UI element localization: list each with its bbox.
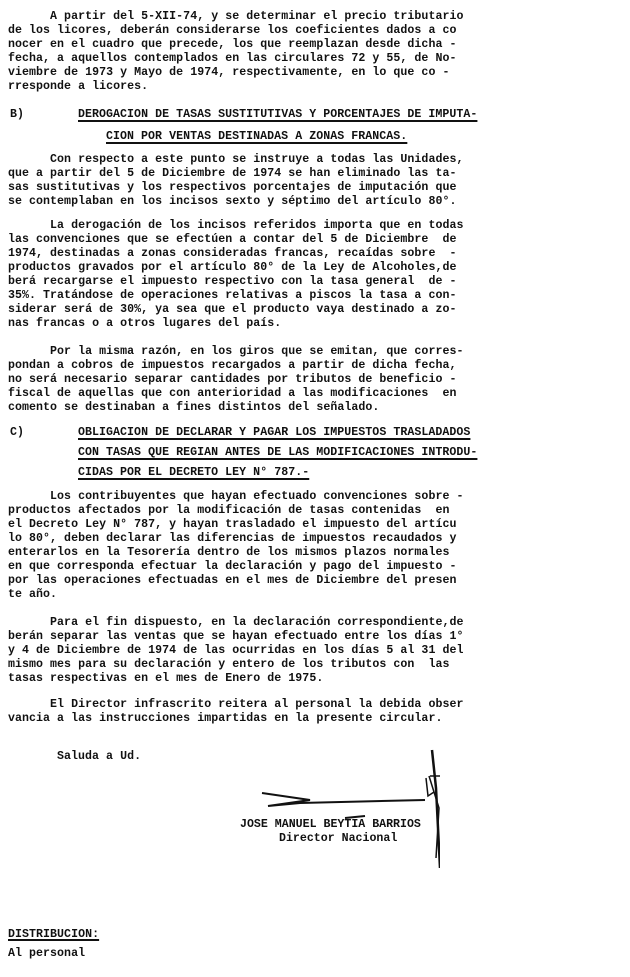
text-line: El Director infrascrito reitera al perso… [8,698,463,711]
section-heading: OBLIGACION DE DECLARAR Y PAGAR LOS IMPUE… [78,426,470,439]
text-line: no será necesario separar cantidades por… [8,373,456,386]
text-line: 35%. Tratándose de operaciones relativas… [8,289,456,302]
text-line: comento se destinaban a fines distintos … [8,401,379,414]
text-line: pondan a cobros de impuestos recargados … [8,359,456,372]
text-line: A partir del 5-XII-74, y se determinar e… [8,10,463,23]
text-line: Los contribuyentes que hayan efectuado c… [8,490,463,503]
text-line: fecha, a aquellos contemplados en las ci… [8,52,456,65]
section-heading: CION POR VENTAS DESTINADAS A ZONAS FRANC… [106,130,407,143]
section-heading: CON TASAS QUE REGIAN ANTES DE LAS MODIFI… [78,446,477,459]
text-line: fiscal de aquellas que con anterioridad … [8,387,456,400]
section-label: B) [10,108,24,121]
text-line: y 4 de Diciembre de 1974 de las ocurrida… [8,644,463,657]
distribution-item: Al personal [8,947,85,960]
text-line: mismo mes para su declaración y entero d… [8,658,449,671]
text-line: berán separar las ventas que se hayan ef… [8,630,463,643]
text-line: por las operaciones efectuadas en el mes… [8,574,456,587]
text-line: de los licores, deberán considerarse los… [8,24,456,37]
section-label: C) [10,426,24,439]
text-line: viembre de 1973 y Mayo de 1974, respecti… [8,66,449,79]
text-line: 1974, destinadas a zonas consideradas fr… [8,247,456,260]
text-line: que a partir del 5 de Diciembre de 1974 … [8,167,456,180]
text-line: tasas respectivas en el mes de Enero de … [8,672,323,685]
text-line: productos gravados por el artículo 80° d… [8,261,456,274]
text-line: Con respecto a este punto se instruye a … [8,153,463,166]
text-line: nas francas o a otros lugares del país. [8,317,281,330]
text-line: se contemplaban en los incisos sexto y s… [8,195,456,208]
text-line: el Decreto Ley N° 787, y hayan trasladad… [8,518,456,531]
text-line: siderar será de 30%, ya sea que el produ… [8,303,456,316]
document-page: A partir del 5-XII-74, y se determinar e… [0,0,630,977]
text-line: vancia a las instrucciones impartidas en… [8,712,442,725]
text-line: lo 80°, deben declarar las diferencias d… [8,532,456,545]
text-line: en que corresponda efectuar la declaraci… [8,560,456,573]
text-line: Para el fin dispuesto, en la declaración… [8,616,463,629]
text-line: te año. [8,588,57,601]
handwritten-signature-icon [240,748,440,868]
signatory-title: Director Nacional [279,832,397,845]
section-heading: DEROGACION DE TASAS SUSTITUTIVAS Y PORCE… [78,108,477,121]
closing-salutation: Saluda a Ud. [57,750,141,763]
text-line: sas sustitutivas y los respectivos porce… [8,181,456,194]
section-heading: CIDAS POR EL DECRETO LEY N° 787.- [78,466,309,479]
text-line: las convenciones que se efectúen a conta… [8,233,456,246]
text-line: rresponde a licores. [8,80,148,93]
text-line: nocer en el cuadro que precede, los que … [8,38,456,51]
text-line: productos afectados por la modificación … [8,504,449,517]
text-line: La derogación de los incisos referidos i… [8,219,463,232]
text-line: Por la misma razón, en los giros que se … [8,345,463,358]
text-line: enterarlos en la Tesorería dentro de los… [8,546,449,559]
signatory-name: JOSE MANUEL BEYTIA BARRIOS [240,818,421,831]
distribution-title: DISTRIBUCION: [8,928,99,941]
text-line: berá recargarse el impuesto respectivo c… [8,275,456,288]
